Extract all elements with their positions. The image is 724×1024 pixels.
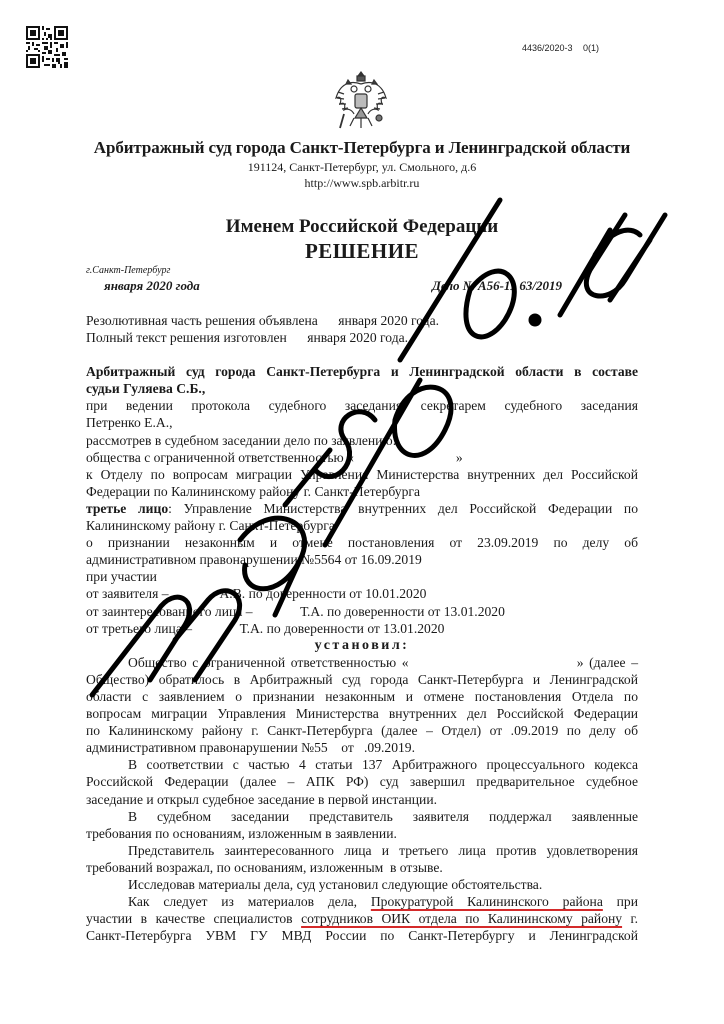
p2-line2: Российской Федерации (далее – АПК РФ) су… (86, 773, 638, 790)
p5-line1: Исследовав материалы дела, суд установил… (86, 876, 638, 893)
third-party-text: : Управление Министерства внутренних дел… (168, 501, 638, 516)
decision-date: января 2020 года (104, 278, 200, 294)
subject-line1: о признании незаконным и отмене постанов… (86, 534, 638, 551)
p2-line1: В соответствии с частью 4 статьи 137 Арб… (86, 756, 638, 773)
participation-label: при участии (86, 568, 638, 585)
from-third-party: от третьего лица – Т.А. по доверенности … (86, 620, 638, 637)
highlighted-specialists: сотрудников ОИК отдела по Калининскому р… (301, 911, 622, 926)
decision-title: РЕШЕНИЕ (0, 239, 724, 264)
in-name-of-heading: Именем Российской Федерации (0, 216, 724, 238)
third-party-line2: Калининскому району г. Санкт-Петербурга (86, 517, 638, 534)
document-body: Резолютивная часть решения объявлена янв… (86, 312, 638, 944)
court-address: 191124, Санкт-Петербург, ул. Смольного, … (0, 160, 724, 175)
applicant: общества с ограниченной ответственностью… (86, 449, 638, 466)
third-party-line1: третье лицо: Управление Министерства вну… (86, 500, 638, 517)
court-website-link[interactable]: http://www.spb.arbitr.ru (0, 176, 724, 191)
court-name: Арбитражный суд города Санкт-Петербурга … (0, 138, 724, 158)
p6-line1-tail: при (603, 894, 638, 909)
p1-line3: области с заявлением о признании незакон… (86, 688, 638, 705)
from-interested-party: от заинтересованного лица – Т.А. по дове… (86, 603, 638, 620)
p6-line2: участии в качестве специалистов сотрудни… (86, 910, 638, 927)
full-text-date: Полный текст решения изготовлен января 2… (86, 329, 638, 346)
highlighted-prosecutor: Прокуратурой Калининского района (371, 894, 603, 909)
secretary-name: Петренко Е.А., (86, 414, 638, 431)
p1-line2: Общество) обратилось в Арбитражный суд г… (86, 671, 638, 688)
secretary-line: при ведении протокола судебного заседани… (86, 397, 638, 414)
considered-line: рассмотрев в судебном заседании дело по … (86, 432, 638, 449)
document-number: 4436/2020-3 0(1) (522, 43, 599, 53)
russian-coat-of-arms-icon (332, 68, 390, 134)
operative-part-date: Резолютивная часть решения объявлена янв… (86, 312, 638, 329)
case-number: Дело № А56-11 63/2019 (432, 278, 562, 294)
p1-line1: Общество с ограниченной ответственностью… (86, 654, 638, 671)
from-applicant: от заявителя – А.В. по доверенности от 1… (86, 585, 638, 602)
p1-line5: по Калининскому району г. Санкт-Петербур… (86, 722, 638, 739)
subject-line2: административном правонарушении №5564 от… (86, 551, 638, 568)
p3-line1: В судебном заседании представитель заяви… (86, 808, 638, 825)
p1-line4: вопросам миграции Управления Министерств… (86, 705, 638, 722)
qr-code-icon (26, 26, 68, 68)
respondent-line1: к Отделу по вопросам миграции Управления… (86, 466, 638, 483)
p6-line2-text: участии в качестве специалистов (86, 911, 301, 926)
p2-line3: заседание и открыл судебное заседание в … (86, 791, 638, 808)
established-heading: установил: (86, 637, 638, 654)
p3-line2: требования по основаниям, изложенным в з… (86, 825, 638, 842)
city: г.Санкт-Петербург (86, 265, 170, 276)
composition-court: Арбитражный суд города Санкт-Петербурга … (86, 363, 638, 380)
p6-line1-text: Как следует из материалов дела, (128, 894, 371, 909)
p6-line2-tail: г. (622, 911, 638, 926)
p6-line1: Как следует из материалов дела, Прокурат… (86, 893, 638, 910)
document-page: 4436/2020-3 0(1) Арбитражный суд города … (0, 0, 724, 1024)
composition-judge: судьи Гуляева С.Б., (86, 380, 638, 397)
p4-line1: Представитель заинтересованного лица и т… (86, 842, 638, 859)
p4-line2: требований возражал, по основаниям, изло… (86, 859, 638, 876)
p6-line3: Санкт-Петербурга УВМ ГУ МВД России по Са… (86, 927, 638, 944)
third-party-label: третье лицо (86, 501, 168, 516)
respondent-line2: Федерации по Калининскому району г. Санк… (86, 483, 638, 500)
p1-line6: административном правонарушении №55 от .… (86, 739, 638, 756)
